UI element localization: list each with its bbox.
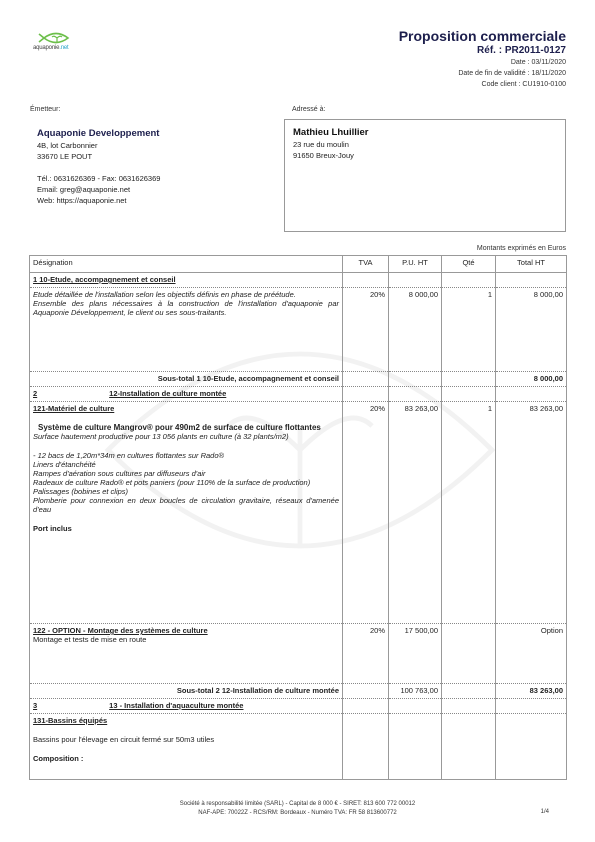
emitter-phone: Tél.: 0631626369 - Fax: 0631626369: [37, 173, 280, 184]
item-qty: 1: [442, 402, 496, 624]
item-total: Option: [496, 624, 567, 684]
subtotal-label: Sous-total 1 10-Etude, accompagnement et…: [30, 372, 343, 387]
item-desc-line: Bassins pour l'élevage en circuit fermé …: [33, 735, 339, 744]
emitter-web: Web: https://aquaponie.net: [37, 195, 280, 206]
subtotal-label: Sous-total 2 12-Installation de culture …: [30, 684, 343, 699]
item-desc-line: Etude détaillée de l'installation selon …: [33, 290, 339, 299]
section-number: 3: [33, 701, 37, 710]
item-desc-line: Rampes d'aération sous cultures par diff…: [33, 469, 339, 478]
client-code: Code client : CU1910-0100: [399, 79, 566, 90]
item-tva: 20%: [343, 624, 389, 684]
document-header: Proposition commerciale Réf. : PR2011-01…: [399, 28, 566, 90]
logo-wordmark: aquaponie.net: [33, 45, 68, 51]
item-description: 122 - OPTION - Montage des systèmes de c…: [30, 624, 343, 684]
page-number: 1/4: [541, 809, 549, 815]
item-pu: 83 263,00: [389, 402, 442, 624]
footer: Société à responsabilité limitée (SARL) …: [0, 800, 595, 818]
item-desc-line: - 12 bacs de 1,20m*34m en cultures flott…: [33, 451, 339, 460]
document-date: Date : 03/11/2020: [399, 57, 566, 68]
document-title: Proposition commerciale: [399, 28, 566, 44]
table-row: 131-Bassins équipés Bassins pour l'éleva…: [30, 714, 567, 780]
subtotal-total: 8 000,00: [496, 372, 567, 387]
logo-name: aquaponie: [33, 45, 59, 51]
item-title: 121-Matériel de culture: [33, 404, 339, 413]
item-desc-line: Radeaux de culture Rado® et pots paniers…: [33, 478, 339, 487]
section-name: 12-Installation de culture montée: [109, 389, 226, 398]
item-description: 121-Matériel de culture Système de cultu…: [30, 402, 343, 624]
table-row: 121-Matériel de culture Système de cultu…: [30, 402, 567, 624]
item-desc-line: Ensemble des plans nécessaires à la cons…: [33, 299, 339, 317]
document-reference: Réf. : PR2011-0127: [399, 44, 566, 57]
item-pu: 8 000,00: [389, 288, 442, 372]
item-total: 8 000,00: [496, 288, 567, 372]
client-name: Mathieu Lhuillier: [293, 127, 557, 139]
client-block: Mathieu Lhuillier 23 rue du moulin 91650…: [284, 119, 566, 232]
currency-note: Montants exprimés en Euros: [477, 245, 566, 252]
col-tva: TVA: [343, 256, 389, 273]
item-title: 131-Bassins équipés: [33, 716, 339, 725]
emitter-name: Aquaponie Developpement: [37, 128, 280, 140]
emitter-email: Email: greg@aquaponie.net: [37, 184, 280, 195]
emitter-address2: 33670 LE POUT: [37, 151, 280, 162]
item-total: 83 263,00: [496, 402, 567, 624]
item-description: Etude détaillée de l'installation selon …: [30, 288, 343, 372]
item-qty: 1: [442, 288, 496, 372]
client-label: Adressé à:: [292, 106, 325, 113]
item-desc-line: Palissages (bobines et clips): [33, 487, 339, 496]
subtotal-row: Sous-total 2 12-Installation de culture …: [30, 684, 567, 699]
section-row: 1 10-Etude, accompagnement et conseil: [30, 273, 567, 288]
item-qty: [442, 624, 496, 684]
section-number: 2: [33, 389, 37, 398]
emitter-block: Aquaponie Developpement 4B, lot Carbonni…: [30, 120, 280, 232]
subtotal-row: Sous-total 1 10-Etude, accompagnement et…: [30, 372, 567, 387]
table-header-row: Désignation TVA P.U. HT Qté Total HT: [30, 256, 567, 273]
item-tva: 20%: [343, 402, 389, 624]
section-name: 13 - Installation d'aquaculture montée: [109, 701, 243, 710]
item-title: 122 - OPTION - Montage des systèmes de c…: [33, 626, 339, 635]
validity-date: Date de fin de validité : 18/11/2020: [399, 68, 566, 79]
items-table: Désignation TVA P.U. HT Qté Total HT 1 1…: [29, 255, 567, 780]
item-subheading: Surface hautement productive pour 13 056…: [33, 432, 339, 441]
item-composition: Composition :: [33, 754, 339, 763]
emitter-label: Émetteur:: [30, 106, 60, 113]
col-qty: Qté: [442, 256, 496, 273]
table-row: 122 - OPTION - Montage des systèmes de c…: [30, 624, 567, 684]
item-port: Port inclus: [33, 524, 339, 533]
section-title: 313 - Installation d'aquaculture montée: [30, 699, 343, 714]
section-title: 1 10-Etude, accompagnement et conseil: [30, 273, 343, 288]
footer-legal-line2: NAF-APE: 70022Z - RCS/RM: Bordeaux - Num…: [0, 809, 595, 818]
table-row: Etude détaillée de l'installation selon …: [30, 288, 567, 372]
item-heading: Système de culture Mangrov® pour 490m2 d…: [33, 423, 339, 432]
item-desc-line: Plomberie pour connexion en deux boucles…: [33, 496, 339, 514]
item-pu: 17 500,00: [389, 624, 442, 684]
subtotal-pu: 100 763,00: [389, 684, 442, 699]
col-designation: Désignation: [30, 256, 343, 273]
section-row: 212-Installation de culture montée: [30, 387, 567, 402]
item-tva: 20%: [343, 288, 389, 372]
item-desc-line: Montage et tests de mise en route: [33, 635, 339, 644]
emitter-address1: 4B, lot Carbonnier: [37, 140, 280, 151]
logo-tld: .net: [59, 45, 68, 51]
subtotal-total: 83 263,00: [496, 684, 567, 699]
col-total: Total HT: [496, 256, 567, 273]
item-desc-line: Liners d'étanchéité: [33, 460, 339, 469]
col-pu: P.U. HT: [389, 256, 442, 273]
client-address2: 91650 Breux-Jouy: [293, 150, 557, 161]
section-row: 313 - Installation d'aquaculture montée: [30, 699, 567, 714]
footer-legal-line1: Société à responsabilité limitée (SARL) …: [0, 800, 595, 809]
item-description: 131-Bassins équipés Bassins pour l'éleva…: [30, 714, 343, 780]
section-title: 212-Installation de culture montée: [30, 387, 343, 402]
client-address1: 23 rue du moulin: [293, 139, 557, 150]
